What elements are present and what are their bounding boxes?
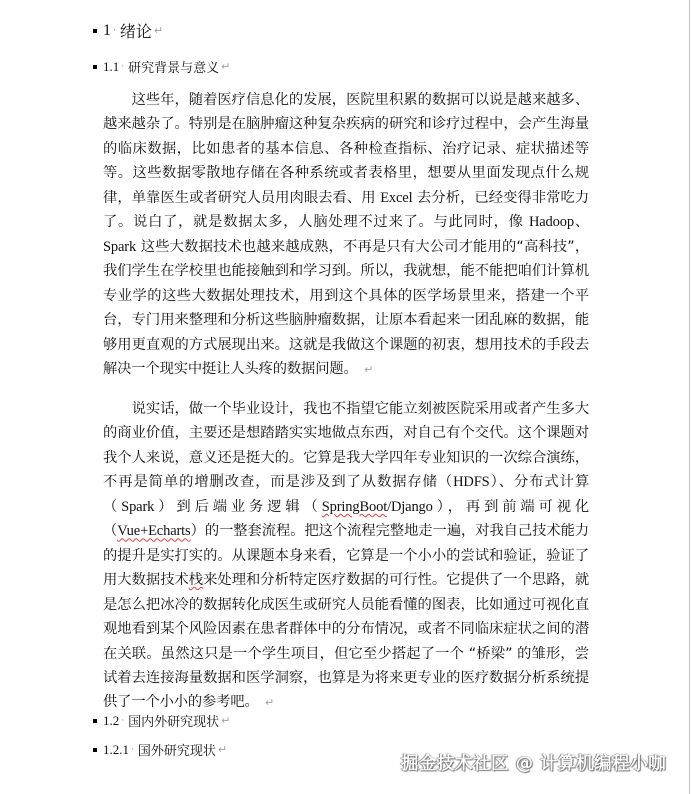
tab-mark-icon: · [121,62,124,72]
watermark: 掘金技术社区 @ 计算机编程小咖 [401,750,666,775]
tab-mark-icon: · [121,716,124,726]
heading-title: 绪论 [120,19,152,42]
heading-number: 1 [103,22,111,40]
tab-mark-icon: · [113,26,116,36]
page-edge-border [689,0,690,794]
heading-number: 1.1 [103,59,119,75]
outline-bullet-icon [93,65,97,69]
paragraph-text: 这些年，随着医疗信息化的发展，医院里积累的数据可以说是越来越多、越来越杂了。特别… [103,92,589,206]
paragraph-text: 、 [574,214,589,230]
body-paragraph-1[interactable]: 这些年，随着医疗信息化的发展，医院里积累的数据可以说是越来越多、越来越杂了。特别… [103,88,589,382]
tab-mark-icon: · [131,745,134,755]
term-spark: Spark [103,239,136,255]
outline-bullet-icon [93,748,97,752]
paragraph-text: 这些大数据技术也越来越成熟，不再是只有大公司才能用的“高科技”，我们学生在学校里… [103,239,589,377]
term-django: /Django [387,499,433,515]
heading-1-2-research-status[interactable]: 1.2 · 国内外研究现状 ↵ [93,711,230,730]
heading-title: 国外研究现状 [138,740,216,759]
body-paragraph-2[interactable]: 说实话，做一个毕业设计，我也不指望它能立刻被医院采用或者产生多大的商业价值，主要… [103,397,589,716]
paragraph-mark-icon: ↵ [221,714,230,727]
term-vue-echarts-spellcheck: Vue+Echarts [117,523,190,539]
heading-title: 研究背景与意义 [128,57,219,76]
heading-title: 国内外研究现状 [128,711,219,730]
heading-1-1-background[interactable]: 1.1 · 研究背景与意义 ↵ [93,57,230,76]
outline-bullet-icon [93,29,97,33]
outline-bullet-icon [93,719,97,723]
paragraph-mark-icon: ↵ [154,24,163,37]
paragraph-mark-icon: ↵ [265,696,274,709]
term-spark: Spark [121,499,154,515]
term-springboot-spellcheck: SpringBoot [322,499,387,515]
heading-number: 1.2.1 [103,742,129,758]
paragraph-mark-icon: ↵ [221,60,230,73]
term-stack-spellcheck: 栈 [189,572,203,588]
term-hadoop: Hadoop [529,214,574,230]
heading-1-introduction[interactable]: 1 · 绪论 ↵ [93,19,163,42]
paragraph-mark-icon: ↵ [218,743,227,756]
paragraph-mark-icon: ↵ [364,363,373,376]
paragraph-text: 来处理和分析特定医疗数据的可行性。它提供了一个思路，就是怎么把冰冷的数据转化成医… [103,572,589,710]
term-excel: Excel [380,190,412,206]
heading-1-2-1-foreign-research[interactable]: 1.2.1 · 国外研究现状 ↵ [93,740,227,759]
paragraph-text: ）到后端业务逻辑（ [154,499,321,515]
term-hdfs: HDFS [453,474,489,490]
heading-number: 1.2 [103,713,119,729]
